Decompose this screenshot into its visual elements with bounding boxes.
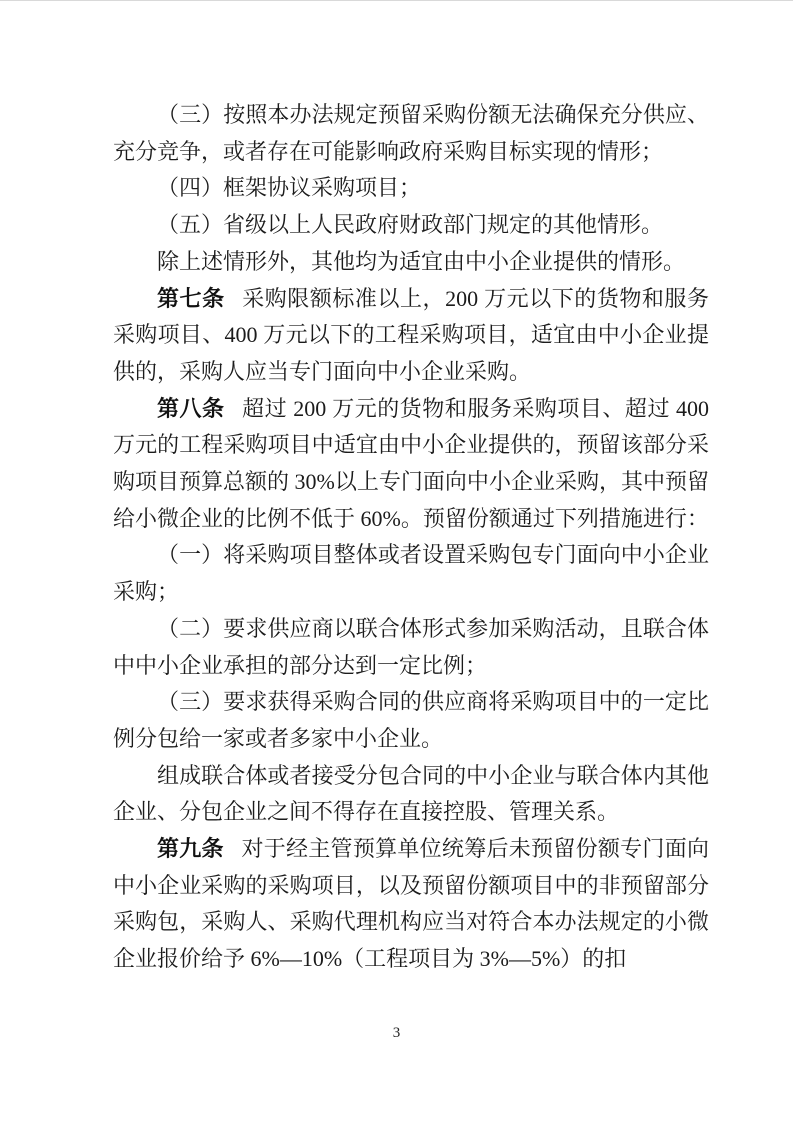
page-number: 3 [0,1025,793,1042]
article-heading: 第八条 [157,396,225,421]
paragraph: （三）要求获得采购合同的供应商将采购项目中的一定比例分包给一家或者多家中小企业。 [113,684,709,757]
document-page: （三）按照本办法规定预留采购份额无法确保充分供应、充分竞争，或者存在可能影响政府… [0,0,793,1122]
paragraph-text: （五）省级以上人民政府财政部门规定的其他情形。 [157,212,663,237]
paragraph-article-9: 第九条对于经主管预算单位统筹后未预留份额专门面向中小企业采购的采购项目，以及预留… [113,831,709,978]
paragraph-article-7: 第七条采购限额标准以上，200 万元以下的货物和服务采购项目、400 万元以下的… [113,281,709,391]
paragraph-text: （三）按照本办法规定预留采购份额无法确保充分供应、充分竞争，或者存在可能影响政府… [113,102,709,164]
paragraph-text: 组成联合体或者接受分包合同的中小企业与联合体内其他企业、分包企业之间不得存在直接… [113,763,709,825]
document-body: （三）按照本办法规定预留采购份额无法确保充分供应、充分竞争，或者存在可能影响政府… [113,97,709,978]
paragraph: （二）要求供应商以联合体形式参加采购活动，且联合体中中小企业承担的部分达到一定比… [113,611,709,684]
paragraph-text: （三）要求获得采购合同的供应商将采购项目中的一定比例分包给一家或者多家中小企业。 [113,689,709,751]
paragraph: （三）按照本办法规定预留采购份额无法确保充分供应、充分竞争，或者存在可能影响政府… [113,97,709,170]
paragraph-text: （二）要求供应商以联合体形式参加采购活动，且联合体中中小企业承担的部分达到一定比… [113,616,709,678]
paragraph: 除上述情形外，其他均为适宜由中小企业提供的情形。 [113,244,709,281]
article-heading: 第七条 [157,286,225,311]
paragraph-text: （四）框架协议采购项目； [157,175,421,200]
paragraph: 组成联合体或者接受分包合同的中小企业与联合体内其他企业、分包企业之间不得存在直接… [113,758,709,831]
article-heading: 第九条 [157,836,224,861]
paragraph-text: （一）将采购项目整体或者设置采购包专门面向中小企业采购； [113,542,709,604]
paragraph-text: 除上述情形外，其他均为适宜由中小企业提供的情形。 [157,249,685,274]
paragraph-article-8: 第八条超过 200 万元的货物和服务采购项目、超过 400 万元的工程采购项目中… [113,391,709,538]
paragraph: （一）将采购项目整体或者设置采购包专门面向中小企业采购； [113,537,709,610]
paragraph: （四）框架协议采购项目； [113,170,709,207]
paragraph: （五）省级以上人民政府财政部门规定的其他情形。 [113,207,709,244]
